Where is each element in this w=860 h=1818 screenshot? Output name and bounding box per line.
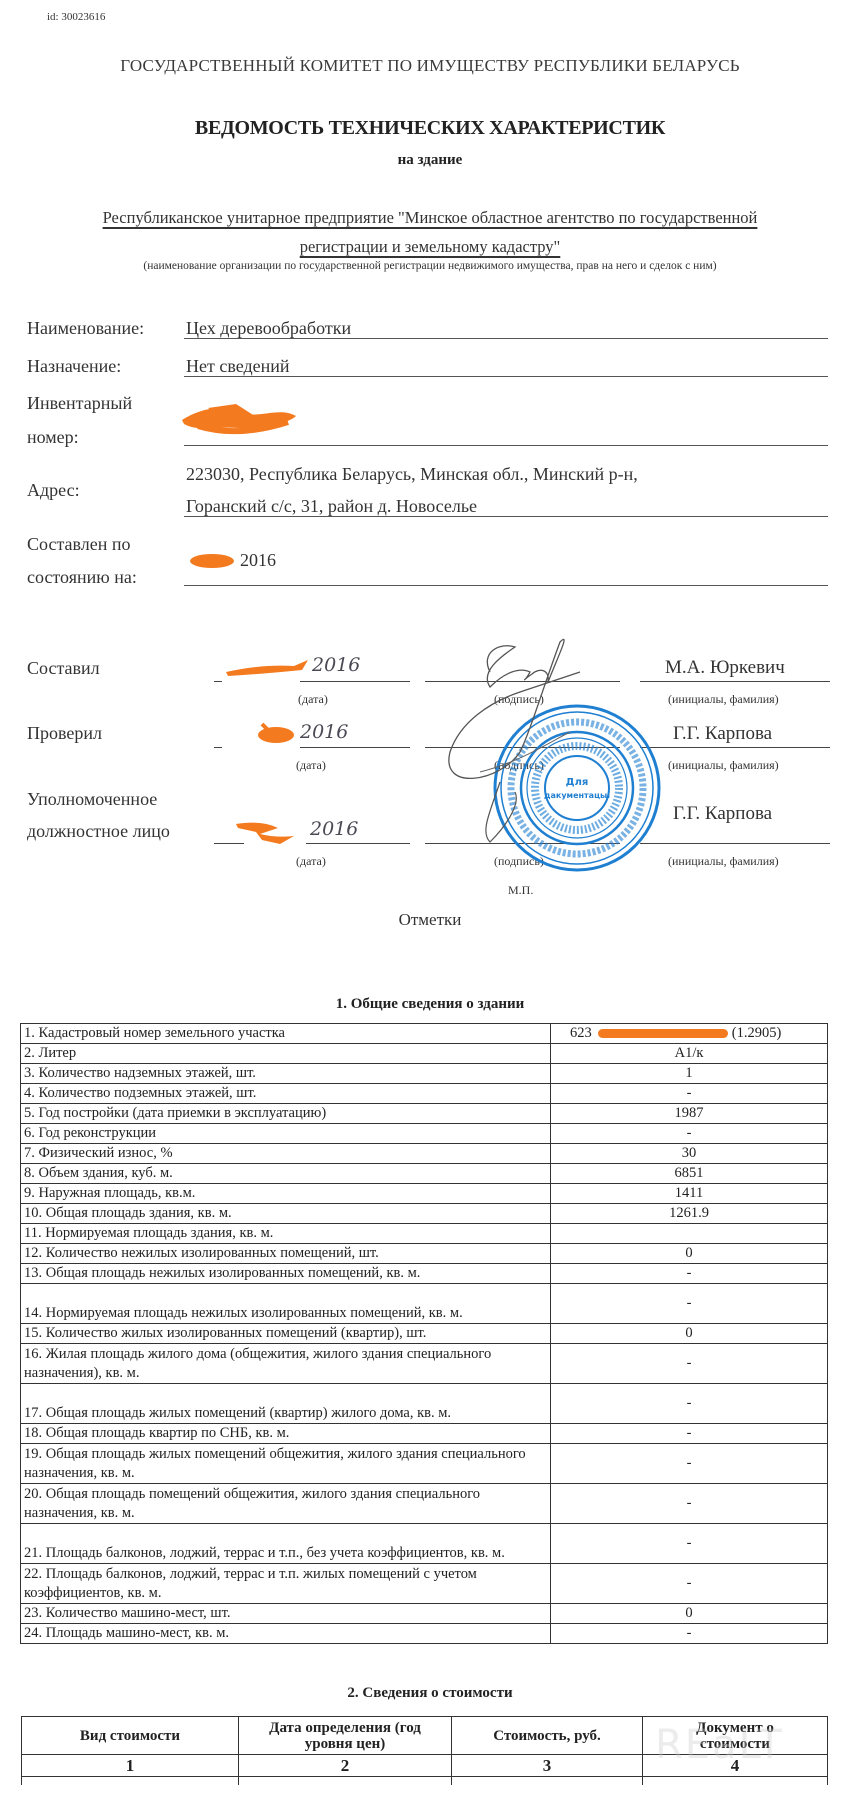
row-label: 18. Общая площадь квартир по СНБ, кв. м.	[21, 1424, 551, 1444]
table-row: 13. Общая площадь нежилых изолированных …	[21, 1264, 828, 1284]
row-value: -	[551, 1344, 828, 1384]
checked-by-name: Г.Г. Карпова	[673, 723, 772, 745]
row-label: 5. Год постройки (дата приемки в эксплуа…	[21, 1104, 551, 1124]
row-value	[551, 1224, 828, 1244]
row-label: 13. Общая площадь нежилых изолированных …	[21, 1264, 551, 1284]
table-row: 2. ЛитерА1/к	[21, 1044, 828, 1064]
row-value: -	[551, 1384, 828, 1424]
cost-col-number: 1	[22, 1755, 239, 1777]
inventory-redaction	[178, 398, 308, 438]
table-row: 11. Нормируемая площадь здания, кв. м.	[21, 1224, 828, 1244]
state-date-redaction	[188, 551, 240, 571]
table-row: 10. Общая площадь здания, кв. м.1261.9	[21, 1204, 828, 1224]
table-row: 24. Площадь машино-мест, кв. м.-	[21, 1624, 828, 1644]
table-row: 18. Общая площадь квартир по СНБ, кв. м.…	[21, 1424, 828, 1444]
row-value: 30	[551, 1144, 828, 1164]
authorized-name: Г.Г. Карпова	[673, 803, 772, 825]
row-label: 16. Жилая площадь жилого дома (общежития…	[21, 1344, 551, 1384]
row-value: -	[551, 1284, 828, 1324]
authorized-name-line	[640, 843, 830, 844]
authorized-label-1: Уполномоченное	[27, 789, 157, 810]
row-label: 19. Общая площадь жилых помещений общежи…	[21, 1444, 551, 1484]
purpose-underline	[184, 376, 828, 377]
table-row: 3. Количество надземных этажей, шт.1	[21, 1064, 828, 1084]
name-caption: (инициалы, фамилия)	[668, 692, 779, 707]
state-label-1: Составлен по	[27, 534, 131, 555]
name-caption: (инициалы, фамилия)	[668, 758, 779, 773]
row-value: -	[551, 1524, 828, 1564]
checked-date: 2016	[300, 721, 348, 743]
row-label: 14. Нормируемая площадь нежилых изолиров…	[21, 1284, 551, 1324]
organization-name-line1: Республиканское унитарное предприятие "М…	[0, 208, 860, 228]
row-label: 6. Год реконструкции	[21, 1124, 551, 1144]
authorized-date-line	[306, 843, 410, 844]
table-row: 23. Количество машино-мест, шт.0	[21, 1604, 828, 1624]
checked-date-line	[300, 747, 410, 748]
checked-date-redaction	[254, 720, 302, 746]
date-line-prefix	[214, 747, 222, 748]
organization-name-line2: регистрации и земельному кадастру"	[0, 237, 860, 257]
address-line2: Горанский с/с, 31, район д. Новоселье	[186, 496, 477, 517]
table-row: 20. Общая площадь помещений общежития, ж…	[21, 1484, 828, 1524]
row-value: -	[551, 1444, 828, 1484]
state-label-2: состоянию на:	[27, 567, 137, 588]
row-value: 1261.9	[551, 1204, 828, 1224]
compiled-date: 2016	[312, 654, 360, 676]
date-caption: (дата)	[296, 854, 326, 869]
table-row: 9. Наружная площадь, кв.м.1411	[21, 1184, 828, 1204]
row-value: 0	[551, 1324, 828, 1344]
table-row: 12. Количество нежилых изолированных пом…	[21, 1244, 828, 1264]
row-value: 1987	[551, 1104, 828, 1124]
table-row: 14. Нормируемая площадь нежилых изолиров…	[21, 1284, 828, 1324]
table-row: 19. Общая площадь жилых помещений общежи…	[21, 1444, 828, 1484]
document-id: id: 30023616	[47, 11, 105, 23]
row-value: -	[551, 1084, 828, 1104]
row-label: 10. Общая площадь здания, кв. м.	[21, 1204, 551, 1224]
table-row: 15. Количество жилых изолированных помещ…	[21, 1324, 828, 1344]
watermark-logo: REaLT	[655, 1722, 784, 1768]
state-underline	[184, 585, 828, 586]
checked-name-line	[640, 747, 830, 748]
stamp-place-label: М.П.	[508, 883, 533, 898]
purpose-value: Нет сведений	[186, 356, 290, 377]
purpose-label: Назначение:	[27, 356, 121, 377]
cost-header-value: Стоимость, руб.	[452, 1717, 643, 1755]
table-row: 21. Площадь балконов, лоджий, террас и т…	[21, 1524, 828, 1564]
row-value: 1411	[551, 1184, 828, 1204]
row-value: 6851	[551, 1164, 828, 1184]
authorized-date-redaction	[232, 818, 298, 848]
row-value: 623(1.2905)	[551, 1024, 828, 1044]
row-label: 21. Площадь балконов, лоджий, террас и т…	[21, 1524, 551, 1564]
row-value: -	[551, 1264, 828, 1284]
compiled-name-line	[640, 681, 830, 682]
name-underline	[184, 338, 828, 339]
row-label: 8. Объем здания, куб. м.	[21, 1164, 551, 1184]
row-value: -	[551, 1484, 828, 1524]
table-row: 4. Количество подземных этажей, шт.-	[21, 1084, 828, 1104]
date-line-prefix	[214, 681, 222, 682]
row-label: 7. Физический износ, %	[21, 1144, 551, 1164]
table-row: 1. Кадастровый номер земельного участка6…	[21, 1024, 828, 1044]
authorized-date: 2016	[310, 818, 358, 840]
table-row: 8. Объем здания, куб. м.6851	[21, 1164, 828, 1184]
row-label: 11. Нормируемая площадь здания, кв. м.	[21, 1224, 551, 1244]
row-label: 22. Площадь балконов, лоджий, террас и т…	[21, 1564, 551, 1604]
row-value: 0	[551, 1604, 828, 1624]
marks-heading: Отметки	[0, 910, 860, 930]
name-label: Наименование:	[27, 318, 144, 339]
row-label: 24. Площадь машино-мест, кв. м.	[21, 1624, 551, 1644]
date-caption: (дата)	[298, 692, 328, 707]
row-label: 2. Литер	[21, 1044, 551, 1064]
row-label: 1. Кадастровый номер земельного участка	[21, 1024, 551, 1044]
inventory-label-1: Инвентарный	[27, 393, 132, 414]
committee-heading: ГОСУДАРСТВЕННЫЙ КОМИТЕТ ПО ИМУЩЕСТВУ РЕС…	[0, 56, 860, 76]
table-row: 16. Жилая площадь жилого дома (общежития…	[21, 1344, 828, 1384]
address-underline	[184, 516, 828, 517]
address-line1: 223030, Республика Беларусь, Минская обл…	[186, 464, 638, 485]
section1-title: 1. Общие сведения о здании	[0, 996, 860, 1013]
row-label: 20. Общая площадь помещений общежития, ж…	[21, 1484, 551, 1524]
row-label: 17. Общая площадь жилых помещений (кварт…	[21, 1384, 551, 1424]
cost-header-type: Вид стоимости	[22, 1717, 239, 1755]
section2-title: 2. Сведения о стоимости	[0, 1685, 860, 1702]
organization-name-text-1: Республиканское унитарное предприятие "М…	[103, 208, 758, 227]
checked-by-label: Проверил	[27, 723, 102, 744]
cost-col-number: 2	[239, 1755, 452, 1777]
table-row: 17. Общая площадь жилых помещений (кварт…	[21, 1384, 828, 1424]
row-label: 15. Количество жилых изолированных помещ…	[21, 1324, 551, 1344]
row-label: 23. Количество машино-мест, шт.	[21, 1604, 551, 1624]
organization-caption: (наименование организации по государстве…	[0, 260, 860, 272]
table-row: 5. Год постройки (дата приемки в эксплуа…	[21, 1104, 828, 1124]
table-row: 22. Площадь балконов, лоджий, террас и т…	[21, 1564, 828, 1604]
row-label: 12. Количество нежилых изолированных пом…	[21, 1244, 551, 1264]
authorized-label-2: должностное лицо	[27, 821, 170, 842]
row-value: -	[551, 1624, 828, 1644]
row-label: 3. Количество надземных этажей, шт.	[21, 1064, 551, 1084]
cadastral-suffix: (1.2905)	[732, 1025, 782, 1041]
name-value: Цех деревообработки	[186, 318, 351, 339]
state-value: 2016	[240, 550, 276, 571]
compiled-date-redaction	[222, 656, 312, 678]
cadastral-redaction	[598, 1029, 728, 1038]
inventory-underline	[184, 445, 828, 446]
document-subtitle: на здание	[0, 152, 860, 169]
handwritten-signature-icon	[420, 612, 590, 872]
row-label: 4. Количество подземных этажей, шт.	[21, 1084, 551, 1104]
address-label: Адрес:	[27, 480, 80, 501]
general-info-table: 1. Кадастровый номер земельного участка6…	[20, 1023, 828, 1644]
table-row: 6. Год реконструкции-	[21, 1124, 828, 1144]
table-row: 7. Физический износ, %30	[21, 1144, 828, 1164]
compiled-by-label: Составил	[27, 658, 100, 679]
name-caption: (инициалы, фамилия)	[668, 854, 779, 869]
compiled-date-line	[300, 681, 410, 682]
cadastral-prefix: 623	[570, 1025, 592, 1041]
row-value: -	[551, 1564, 828, 1604]
cost-header-date: Дата определения (год уровня цен)	[239, 1717, 452, 1755]
inventory-label-2: номер:	[27, 427, 79, 448]
row-value: А1/к	[551, 1044, 828, 1064]
date-caption: (дата)	[296, 758, 326, 773]
document-title: ВЕДОМОСТЬ ТЕХНИЧЕСКИХ ХАРАКТЕРИСТИК	[0, 117, 860, 140]
row-value: -	[551, 1124, 828, 1144]
row-label: 9. Наружная площадь, кв.м.	[21, 1184, 551, 1204]
row-value: -	[551, 1424, 828, 1444]
compiled-by-name: М.А. Юркевич	[665, 657, 785, 679]
organization-name-text-2: регистрации и земельному кадастру"	[300, 237, 561, 256]
cost-col-number: 3	[452, 1755, 643, 1777]
row-value: 0	[551, 1244, 828, 1264]
row-value: 1	[551, 1064, 828, 1084]
